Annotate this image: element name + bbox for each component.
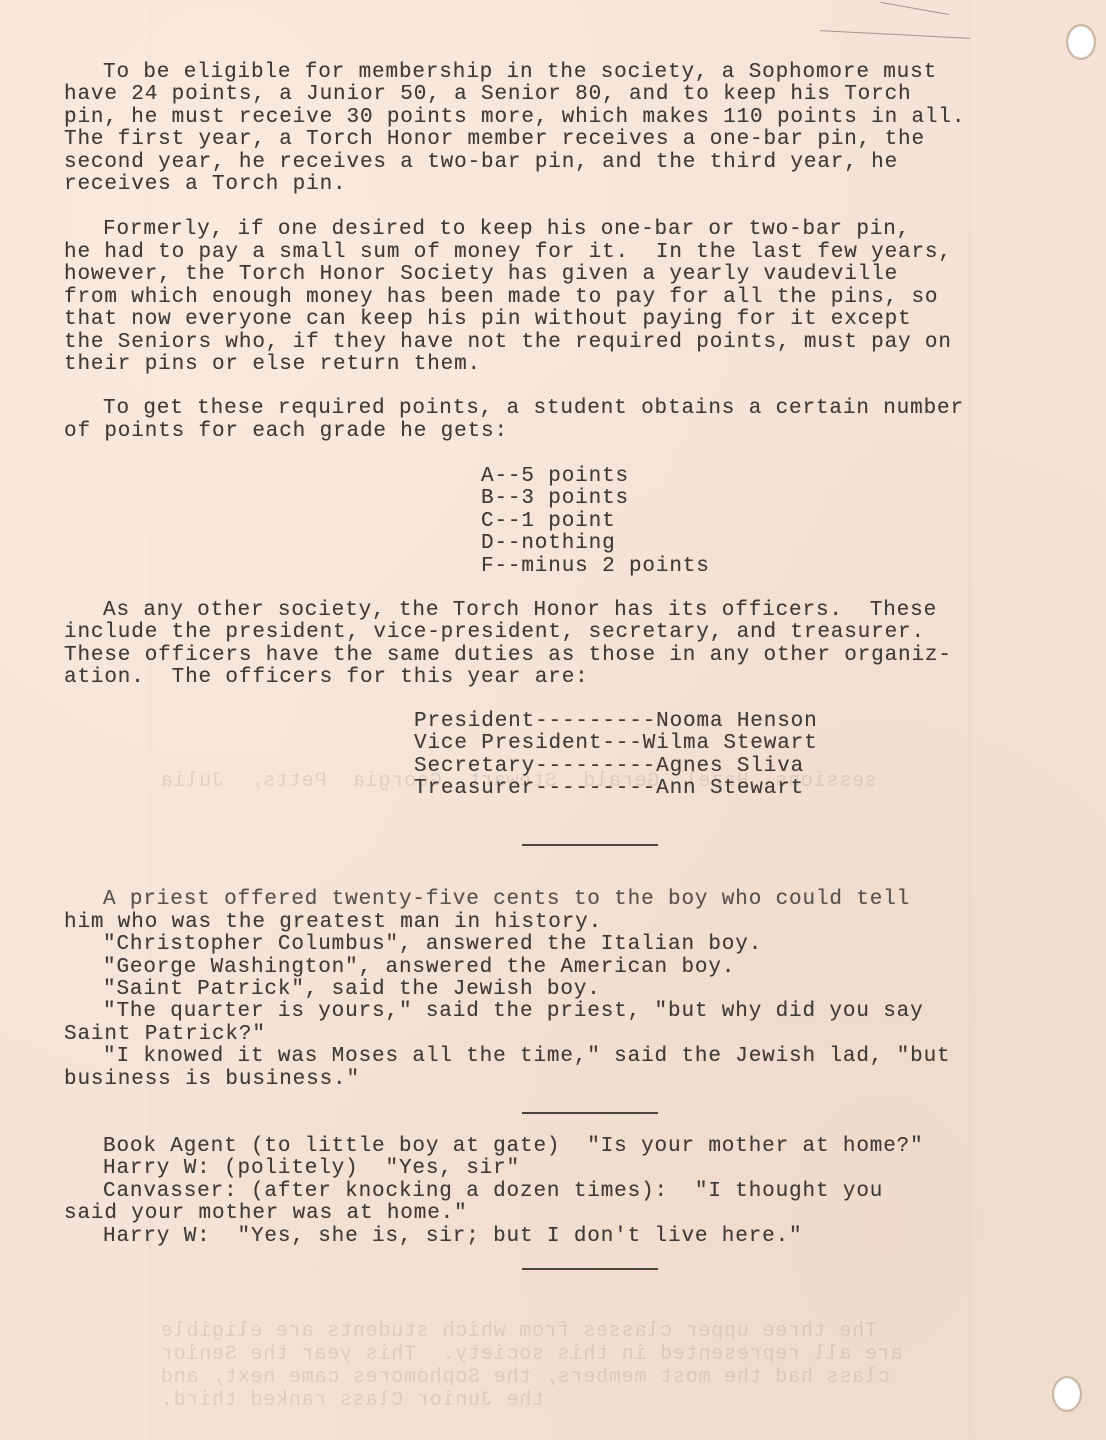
- bleed-through-text: are all represented in this society. Thi…: [160, 1343, 903, 1366]
- text-line: business is business.": [64, 1069, 360, 1091]
- grade-item: B--3 points: [481, 488, 629, 510]
- officer-name: Agnes Sliva: [656, 755, 804, 778]
- officer-row: Secretary---------Agnes Sliva: [414, 756, 804, 778]
- typewritten-page: sessions Hazel Gerald Stewart Georgia Pe…: [0, 0, 1106, 1440]
- bleed-through-text: class had the most members, the Sophomor…: [160, 1366, 890, 1389]
- officer-row: Vice President---Wilma Stewart: [414, 733, 818, 755]
- text-line: As any other society, the Torch Honor ha…: [103, 600, 937, 622]
- text-line: Saint Patrick?": [64, 1024, 266, 1046]
- text-line: Book Agent (to little boy at gate) "Is y…: [103, 1136, 924, 1158]
- text-line: include the president, vice-president, s…: [64, 622, 925, 644]
- text-line: the Seniors who, if they have not the re…: [64, 332, 952, 354]
- text-line: receives a Torch pin.: [64, 174, 347, 196]
- text-line: that now everyone can keep his pin witho…: [64, 309, 911, 331]
- text-line: have 24 points, a Junior 50, a Senior 80…: [64, 84, 911, 106]
- text-line: Formerly, if one desired to keep his one…: [103, 219, 910, 241]
- text-line: pin, he must receive 30 points more, whi…: [64, 107, 965, 129]
- officer-name: Wilma Stewart: [643, 732, 818, 755]
- text-line: The first year, a Torch Honor member rec…: [64, 129, 925, 151]
- section-divider: [522, 1112, 658, 1114]
- officer-role: Treasurer---------: [414, 777, 656, 800]
- text-line: Harry W: (politely) "Yes, sir": [103, 1158, 520, 1180]
- text-line: To get these required points, a student …: [103, 398, 964, 420]
- text-line: he had to pay a small sum of money for i…: [64, 242, 952, 264]
- bleed-through-text: the Junior Class ranked third.: [160, 1389, 544, 1412]
- text-line: their pins or else return them.: [64, 354, 481, 376]
- punch-hole-top: [1068, 26, 1094, 58]
- pencil-mark: [880, 2, 949, 15]
- grade-item: A--5 points: [481, 466, 629, 488]
- text-line: These officers have the same duties as t…: [64, 645, 952, 667]
- officer-role: Vice President---: [414, 732, 643, 755]
- text-line: "George Washington", answered the Americ…: [103, 957, 735, 979]
- text-line: Harry W: "Yes, she is, sir; but I don't …: [103, 1226, 803, 1248]
- section-divider: [522, 1268, 658, 1270]
- text-line: him who was the greatest man in history.: [64, 912, 602, 934]
- text-line: "Christopher Columbus", answered the Ita…: [103, 934, 762, 956]
- text-line: "I knowed it was Moses all the time," sa…: [103, 1046, 950, 1068]
- text-line: of points for each grade he gets:: [64, 421, 508, 443]
- text-line: however, the Torch Honor Society has giv…: [64, 264, 898, 286]
- text-line: "Saint Patrick", said the Jewish boy.: [103, 979, 601, 1001]
- section-divider: [522, 844, 658, 846]
- bleed-through-text: The three upper classes from which stude…: [160, 1320, 877, 1343]
- grade-item: C--1 point: [481, 511, 616, 533]
- grade-item: F--minus 2 points: [481, 556, 710, 578]
- text-line: Canvasser: (after knocking a dozen times…: [103, 1181, 883, 1203]
- text-line: A priest offered twenty-five cents to th…: [103, 889, 910, 911]
- text-line: said your mother was at home.": [64, 1203, 468, 1225]
- officer-name: Ann Stewart: [656, 777, 804, 800]
- text-line: second year, he receives a two-bar pin, …: [64, 152, 898, 174]
- officer-row: Treasurer---------Ann Stewart: [414, 778, 804, 800]
- officer-role: President---------: [414, 710, 656, 733]
- text-line: from which enough money has been made to…: [64, 287, 938, 309]
- text-line: "The quarter is yours," said the priest,…: [103, 1001, 924, 1023]
- officer-name: Nooma Henson: [656, 710, 817, 733]
- text-line: To be eligible for membership in the soc…: [103, 62, 937, 84]
- officer-role: Secretary---------: [414, 755, 656, 778]
- punch-hole-bottom: [1054, 1378, 1080, 1410]
- pencil-mark: [820, 30, 970, 39]
- officer-row: President---------Nooma Henson: [414, 711, 818, 733]
- grade-item: D--nothing: [481, 533, 616, 555]
- text-line: ation. The officers for this year are:: [64, 667, 589, 689]
